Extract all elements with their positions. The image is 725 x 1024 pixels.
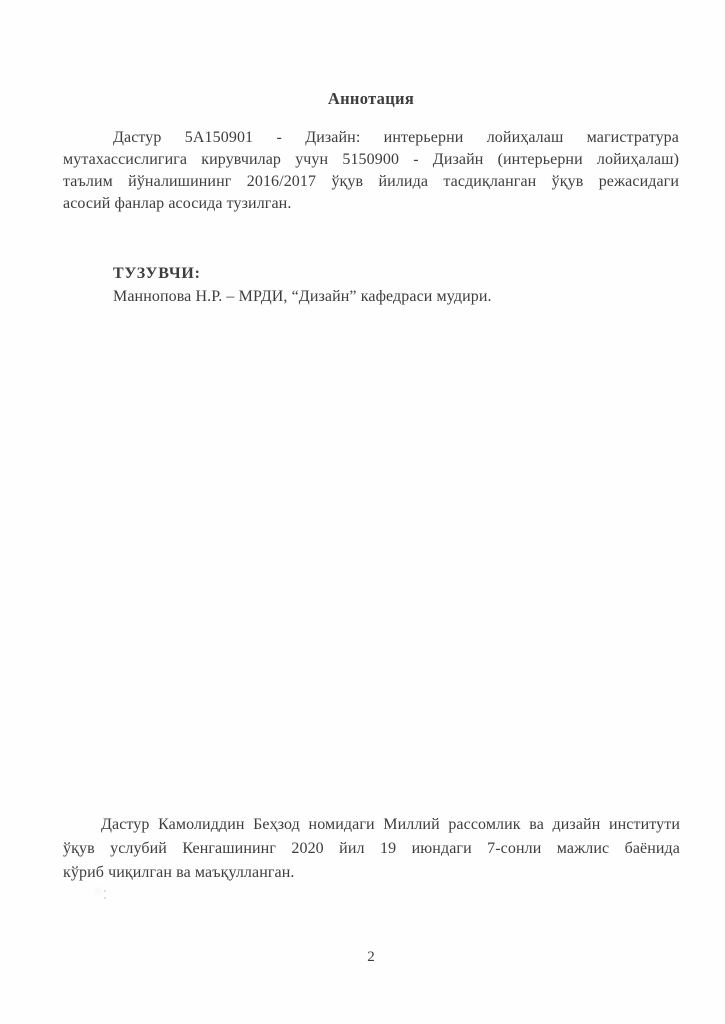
compiler-section: ТУЗУВЧИ: Маннопова Н.Р. – МРДИ, “Дизайн”…	[113, 262, 492, 308]
text-line: таълим йўналишининг 2016/2017 ўқув йилид…	[63, 171, 679, 193]
approval-paragraph: Дастур Камолиддин Беҳзод номидаги Миллий…	[63, 813, 680, 885]
page-title: Аннотация	[63, 88, 679, 110]
text-line: Дастур Камолиддин Беҳзод номидаги Миллий…	[63, 813, 680, 837]
page-number: 2	[63, 949, 679, 965]
compiler-name: Маннопова Н.Р. – МРДИ, “Дизайн” кафедрас…	[113, 285, 492, 308]
scanned-document-page: Аннотация Дастур 5А150901 - Дизайн: инте…	[0, 0, 725, 1024]
text-line: кўриб чиқилган ва маъқулланган.	[63, 861, 680, 885]
annotation-paragraph: Дастур 5А150901 - Дизайн: интерьерни лой…	[63, 127, 679, 215]
text-line: Дастур 5А150901 - Дизайн: интерьерни лой…	[63, 127, 679, 149]
text-line: ўқув услубий Кенгашининг 2020 йил 19 июн…	[63, 837, 680, 861]
compiler-heading: ТУЗУВЧИ:	[113, 262, 492, 285]
scan-smudge	[96, 888, 110, 902]
text-line: асосий фанлар асосида тузилган.	[63, 193, 679, 215]
text-line: мутахассислигига кирувчилар учун 5150900…	[63, 149, 679, 171]
